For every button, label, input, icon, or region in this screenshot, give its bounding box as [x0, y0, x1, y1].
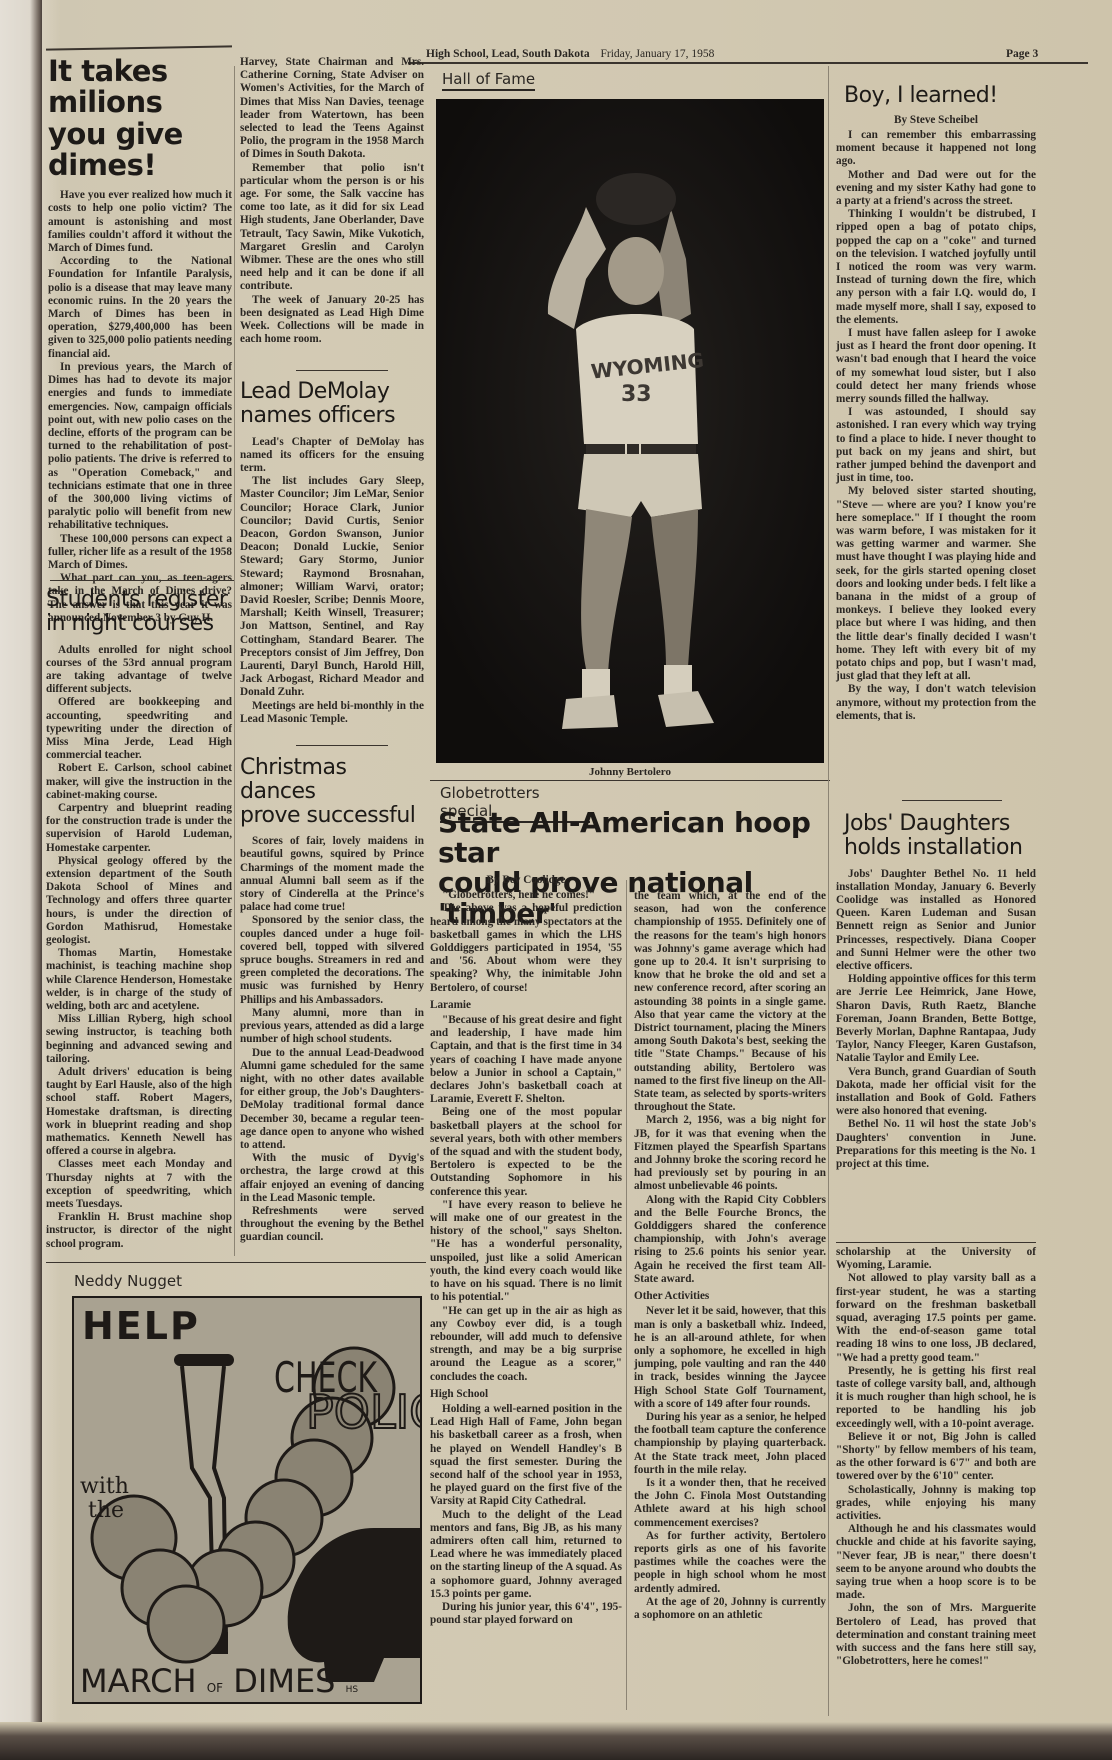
article-body: Jobs' Daughter Bethel No. 11 held instal… — [836, 868, 1036, 1172]
hoop-star-column-1: By Bev Coolidge "Globetrotters, here he … — [430, 872, 622, 1627]
subhead: Laramie — [430, 999, 622, 1012]
page-number: Page 3 — [1006, 48, 1038, 60]
cartoon-text-the: the — [88, 1498, 124, 1523]
section-divider — [46, 1262, 426, 1263]
headline: Christmas dances prove successful — [240, 756, 424, 827]
headline: Boy, I learned! — [836, 84, 1036, 108]
divider — [50, 580, 234, 581]
column-rule — [626, 880, 627, 1710]
hoop-star-column-2: the team which, at the end of the season… — [634, 890, 826, 1622]
article-jobs-daughters: Jobs' Daughters holds installation Jobs'… — [836, 812, 1036, 1171]
divider — [902, 800, 1002, 801]
masthead-location: High School, Lead, South Dakota — [426, 48, 590, 60]
cartoon-kicker: Neddy Nugget — [74, 1272, 182, 1290]
hall-of-fame-kicker: Hall of Fame — [442, 70, 535, 91]
article-march-of-dimes: It takes milions you give dimes! Have yo… — [48, 56, 232, 625]
article-march-of-dimes-continued: Harvey, State Chairman and Mrs. Catherin… — [240, 56, 424, 346]
headline: Lead DeMolay names officers — [240, 380, 424, 428]
cartoon-text-with: with — [80, 1474, 129, 1499]
subhead: Other Activities — [634, 1290, 826, 1303]
masthead-date: Friday, January 17, 1958 — [600, 48, 714, 60]
divider — [836, 1242, 1036, 1243]
cartoon-text-help: HELP — [82, 1304, 200, 1348]
column-rule — [234, 66, 235, 1256]
article-body: Lead's Chapter of DeMolay has named its … — [240, 436, 424, 726]
photo-caption: Johnny Bertolero — [436, 766, 824, 778]
headline: Students register in night courses — [46, 588, 232, 636]
column-rule — [828, 66, 829, 1716]
newspaper-page: High School, Lead, South Dakota Friday, … — [46, 0, 1112, 1722]
article-demolay: Lead DeMolay names officers Lead's Chapt… — [240, 380, 424, 726]
neddy-nugget-cartoon: POLIO HELP CHECK with the MARCH OF DIMES… — [72, 1296, 422, 1704]
page-bottom-edge — [0, 1722, 1112, 1760]
headline: It takes milions you give dimes! — [48, 56, 232, 181]
subhead: High School — [430, 1388, 622, 1401]
caption-rule — [430, 780, 830, 781]
basketball-player-figure: WYOMING 33 — [436, 99, 824, 763]
page-binding-edge — [0, 0, 42, 1760]
divider — [296, 370, 388, 371]
hoop-star-column-3: scholarship at the University of Wyoming… — [836, 1246, 1036, 1669]
byline: By Bev Coolidge — [430, 874, 622, 887]
masthead: High School, Lead, South Dakota Friday, … — [426, 48, 722, 60]
cartoon-text-check: CHECK — [274, 1354, 377, 1403]
byline: By Steve Scheibel — [836, 114, 1036, 127]
cartoon-text-march-of-dimes: MARCH OF DIMES HS — [80, 1662, 358, 1700]
divider — [296, 745, 388, 746]
masthead-rule — [408, 62, 1088, 64]
svg-text:33: 33 — [621, 382, 652, 407]
article-body: Scores of fair, lovely maidens in beauti… — [240, 835, 424, 1244]
article-night-courses: Students register in night courses Adult… — [46, 588, 232, 1251]
article-body: By Steve Scheibel I can remember this em… — [836, 114, 1036, 723]
headline: Jobs' Daughters holds installation — [836, 812, 1036, 860]
top-left-rule — [46, 45, 232, 50]
article-body: Have you ever realized how much it costs… — [48, 189, 232, 625]
article-body: Adults enrolled for night school courses… — [46, 644, 232, 1251]
johnny-bertolero-photo: WYOMING 33 — [436, 99, 824, 763]
article-boy-i-learned: Boy, I learned! By Steve Scheibel I can … — [836, 84, 1036, 723]
article-christmas-dances: Christmas dances prove successful Scores… — [240, 756, 424, 1245]
